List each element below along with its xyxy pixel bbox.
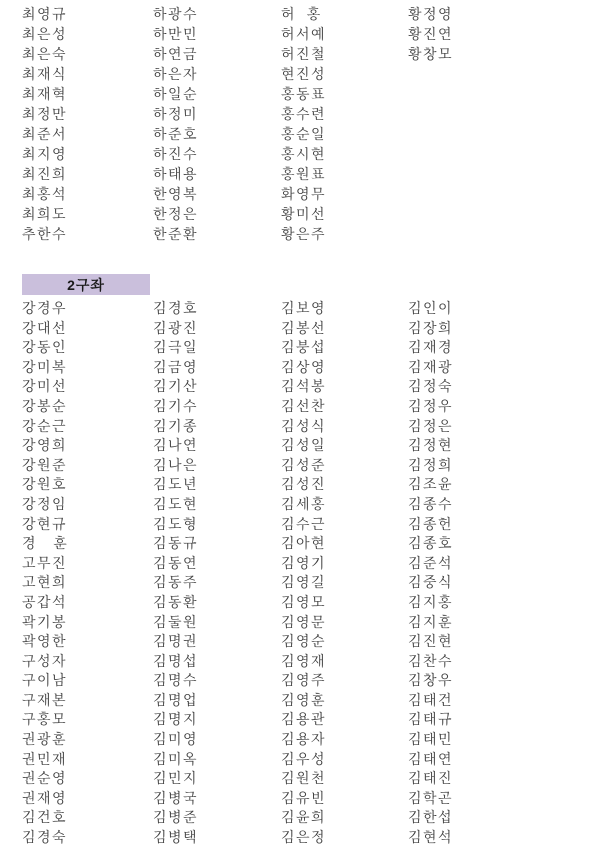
name-list-item: 하연금 — [153, 44, 279, 64]
name-list-item: 김동연 — [153, 554, 279, 574]
name-list-item: 김태건 — [408, 691, 534, 711]
name-list-item: 구홍모 — [22, 710, 148, 730]
name-list-item: 강순근 — [22, 417, 148, 437]
name-list-item: 김태진 — [408, 769, 534, 789]
top-name-column-2: 하광수하만민하연금하은자하일순하정미하준호하진수하태용한영복한정은한준환 — [153, 4, 279, 244]
name-list-item: 강경우 — [22, 299, 148, 319]
name-list-item: 권민재 — [22, 750, 148, 770]
name-list-item: 김선찬 — [281, 397, 407, 417]
name-list-item: 김학곤 — [408, 789, 534, 809]
name-list-item: 강원호 — [22, 475, 148, 495]
name-list-item: 구재본 — [22, 691, 148, 711]
name-list-item: 홍수련 — [281, 104, 407, 124]
name-list-item: 김명업 — [153, 691, 279, 711]
name-list-item: 김명지 — [153, 710, 279, 730]
name-list-item: 최홍석 — [22, 184, 148, 204]
name-list-item: 강동인 — [22, 338, 148, 358]
name-list-item: 최희도 — [22, 204, 148, 224]
name-list-item: 한영복 — [153, 184, 279, 204]
name-list-item: 김수근 — [281, 515, 407, 535]
section2-name-column-4: 김인이김장희김재경김재광김정숙김정우김정은김정현김정희김조윤김종수김종헌김종호김… — [408, 299, 534, 848]
name-list-item: 김지홍 — [408, 593, 534, 613]
name-list-item: 공갑석 — [22, 593, 148, 613]
name-list-item: 강봉순 — [22, 397, 148, 417]
name-list-item: 최준서 — [22, 124, 148, 144]
name-list-item: 김영재 — [281, 652, 407, 672]
name-list-item: 김둘원 — [153, 613, 279, 633]
name-list-item: 김동환 — [153, 593, 279, 613]
name-list-item: 김재광 — [408, 358, 534, 378]
name-list-item: 김창우 — [408, 671, 534, 691]
name-list-item: 최진희 — [22, 164, 148, 184]
name-list-item: 최정만 — [22, 104, 148, 124]
name-list-item: 김극일 — [153, 338, 279, 358]
name-list-item: 하진수 — [153, 144, 279, 164]
name-list-item: 김명권 — [153, 632, 279, 652]
name-list-item: 김재경 — [408, 338, 534, 358]
name-list-item: 김동규 — [153, 534, 279, 554]
name-list-item: 하일순 — [153, 84, 279, 104]
section2-name-column-3: 김보영김봉선김붕섭김상영김석봉김선찬김성식김성일김성준김성진김세홍김수근김아현김… — [281, 299, 407, 848]
name-list-item: 김건호 — [22, 808, 148, 828]
name-list-item: 김도년 — [153, 475, 279, 495]
name-list-item: 김영모 — [281, 593, 407, 613]
name-list-item: 김종헌 — [408, 515, 534, 535]
name-list-item: 김용자 — [281, 730, 407, 750]
name-list-item: 김광진 — [153, 319, 279, 339]
name-list-item: 김동주 — [153, 573, 279, 593]
section2-name-column-2: 김경호김광진김극일김금영김기산김기수김기종김나연김나은김도년김도현김도형김동규김… — [153, 299, 279, 848]
name-list-item: 강현규 — [22, 515, 148, 535]
name-list-item: 김경숙 — [22, 828, 148, 848]
name-list-item: 김현석 — [408, 828, 534, 848]
name-list-item: 김미옥 — [153, 750, 279, 770]
name-list-item: 김우성 — [281, 750, 407, 770]
name-list-item: 김정은 — [408, 417, 534, 437]
name-list-item: 김조윤 — [408, 475, 534, 495]
name-list-item: 김은정 — [281, 828, 407, 848]
name-list-item: 김영훈 — [281, 691, 407, 711]
name-list-item: 김도형 — [153, 515, 279, 535]
name-list-item: 구이남 — [22, 671, 148, 691]
name-list-item: 화영무 — [281, 184, 407, 204]
name-list-item: 김성식 — [281, 417, 407, 437]
name-list-item: 김영문 — [281, 613, 407, 633]
section-header-2guja: 2구좌 — [22, 274, 150, 295]
name-list-item: 김기수 — [153, 397, 279, 417]
member-name-list-page: 최영규최은성최은숙최재식최재혁최정만최준서최지영최진희최홍석최희도추한수 하광수… — [0, 0, 600, 851]
name-list-item: 김한섭 — [408, 808, 534, 828]
name-list-item: 황미선 — [281, 204, 407, 224]
name-list-item: 김병택 — [153, 828, 279, 848]
name-list-item: 홍시현 — [281, 144, 407, 164]
name-list-item: 김성일 — [281, 436, 407, 456]
name-list-item: 강미복 — [22, 358, 148, 378]
name-list-item: 권광훈 — [22, 730, 148, 750]
name-list-item: 김영순 — [281, 632, 407, 652]
name-list-item: 김경호 — [153, 299, 279, 319]
name-list-item: 김명수 — [153, 671, 279, 691]
name-list-item: 권재영 — [22, 789, 148, 809]
name-list-item: 김상영 — [281, 358, 407, 378]
name-list-item: 하태용 — [153, 164, 279, 184]
name-list-item: 김윤희 — [281, 808, 407, 828]
name-list-item: 김원천 — [281, 769, 407, 789]
name-list-item: 김병국 — [153, 789, 279, 809]
name-list-item: 황은주 — [281, 224, 407, 244]
name-list-item: 강원준 — [22, 456, 148, 476]
name-list-item: 홍순일 — [281, 124, 407, 144]
name-list-item: 김병준 — [153, 808, 279, 828]
name-list-item: 김준석 — [408, 554, 534, 574]
name-list-item: 김중식 — [408, 573, 534, 593]
name-list-item: 김기종 — [153, 417, 279, 437]
name-list-item: 황창모 — [408, 44, 534, 64]
name-list-item: 김진현 — [408, 632, 534, 652]
name-list-item: 김태연 — [408, 750, 534, 770]
name-list-item: 권순영 — [22, 769, 148, 789]
name-list-item: 강대선 — [22, 319, 148, 339]
section2-name-column-1: 강경우강대선강동인강미복강미선강봉순강순근강영희강원준강원호강정임강현규경 훈고… — [22, 299, 148, 848]
name-list-item: 강정임 — [22, 495, 148, 515]
name-list-item: 김인이 — [408, 299, 534, 319]
name-list-item: 곽기봉 — [22, 613, 148, 633]
name-list-item: 김태규 — [408, 710, 534, 730]
name-list-item: 김나은 — [153, 456, 279, 476]
name-list-item: 김민지 — [153, 769, 279, 789]
top-name-column-4: 황정영황진연황창모 — [408, 4, 534, 64]
name-list-item: 고무진 — [22, 554, 148, 574]
name-list-item: 허 홍 — [281, 4, 407, 24]
name-list-item: 황정영 — [408, 4, 534, 24]
name-list-item: 최은성 — [22, 24, 148, 44]
name-list-item: 김미영 — [153, 730, 279, 750]
name-list-item: 한정은 — [153, 204, 279, 224]
name-list-item: 김봉선 — [281, 319, 407, 339]
name-list-item: 김석봉 — [281, 377, 407, 397]
name-list-item: 김영주 — [281, 671, 407, 691]
name-list-item: 하은자 — [153, 64, 279, 84]
name-list-item: 곽영한 — [22, 632, 148, 652]
name-list-item: 홍원표 — [281, 164, 407, 184]
name-list-item: 김지훈 — [408, 613, 534, 633]
name-list-item: 하광수 — [153, 4, 279, 24]
name-list-item: 김종호 — [408, 534, 534, 554]
name-list-item: 구성자 — [22, 652, 148, 672]
name-list-item: 현진성 — [281, 64, 407, 84]
name-list-item: 김기산 — [153, 377, 279, 397]
name-list-item: 허진철 — [281, 44, 407, 64]
name-list-item: 김보영 — [281, 299, 407, 319]
top-name-column-1: 최영규최은성최은숙최재식최재혁최정만최준서최지영최진희최홍석최희도추한수 — [22, 4, 148, 244]
name-list-item: 김정우 — [408, 397, 534, 417]
name-list-item: 고현희 — [22, 573, 148, 593]
name-list-item: 황진연 — [408, 24, 534, 44]
name-list-item: 김성준 — [281, 456, 407, 476]
name-list-item: 강영희 — [22, 436, 148, 456]
name-list-item: 김금영 — [153, 358, 279, 378]
name-list-item: 김성진 — [281, 475, 407, 495]
name-list-item: 하정미 — [153, 104, 279, 124]
name-list-item: 김용관 — [281, 710, 407, 730]
name-list-item: 김종수 — [408, 495, 534, 515]
name-list-item: 강미선 — [22, 377, 148, 397]
name-list-item: 김유빈 — [281, 789, 407, 809]
name-list-item: 최재식 — [22, 64, 148, 84]
name-list-item: 김장희 — [408, 319, 534, 339]
name-list-item: 홍동표 — [281, 84, 407, 104]
name-list-item: 김도현 — [153, 495, 279, 515]
name-list-item: 김정숙 — [408, 377, 534, 397]
name-list-item: 최재혁 — [22, 84, 148, 104]
top-name-column-3: 허 홍허서예허진철현진성홍동표홍수련홍순일홍시현홍원표화영무황미선황은주 — [281, 4, 407, 244]
name-list-item: 김세홍 — [281, 495, 407, 515]
name-list-item: 김영길 — [281, 573, 407, 593]
name-list-item: 김붕섭 — [281, 338, 407, 358]
name-list-item: 김영기 — [281, 554, 407, 574]
name-list-item: 하준호 — [153, 124, 279, 144]
section-header-label: 2구좌 — [67, 275, 105, 295]
name-list-item: 한준환 — [153, 224, 279, 244]
name-list-item: 김아현 — [281, 534, 407, 554]
name-list-item: 김정희 — [408, 456, 534, 476]
name-list-item: 김명섭 — [153, 652, 279, 672]
name-list-item: 김태민 — [408, 730, 534, 750]
name-list-item: 추한수 — [22, 224, 148, 244]
name-list-item: 최지영 — [22, 144, 148, 164]
name-list-item: 최영규 — [22, 4, 148, 24]
name-list-item: 최은숙 — [22, 44, 148, 64]
name-list-item: 하만민 — [153, 24, 279, 44]
name-list-item: 김나연 — [153, 436, 279, 456]
name-list-item: 허서예 — [281, 24, 407, 44]
name-list-item: 김찬수 — [408, 652, 534, 672]
name-list-item: 김정현 — [408, 436, 534, 456]
name-list-item: 경 훈 — [22, 534, 148, 554]
